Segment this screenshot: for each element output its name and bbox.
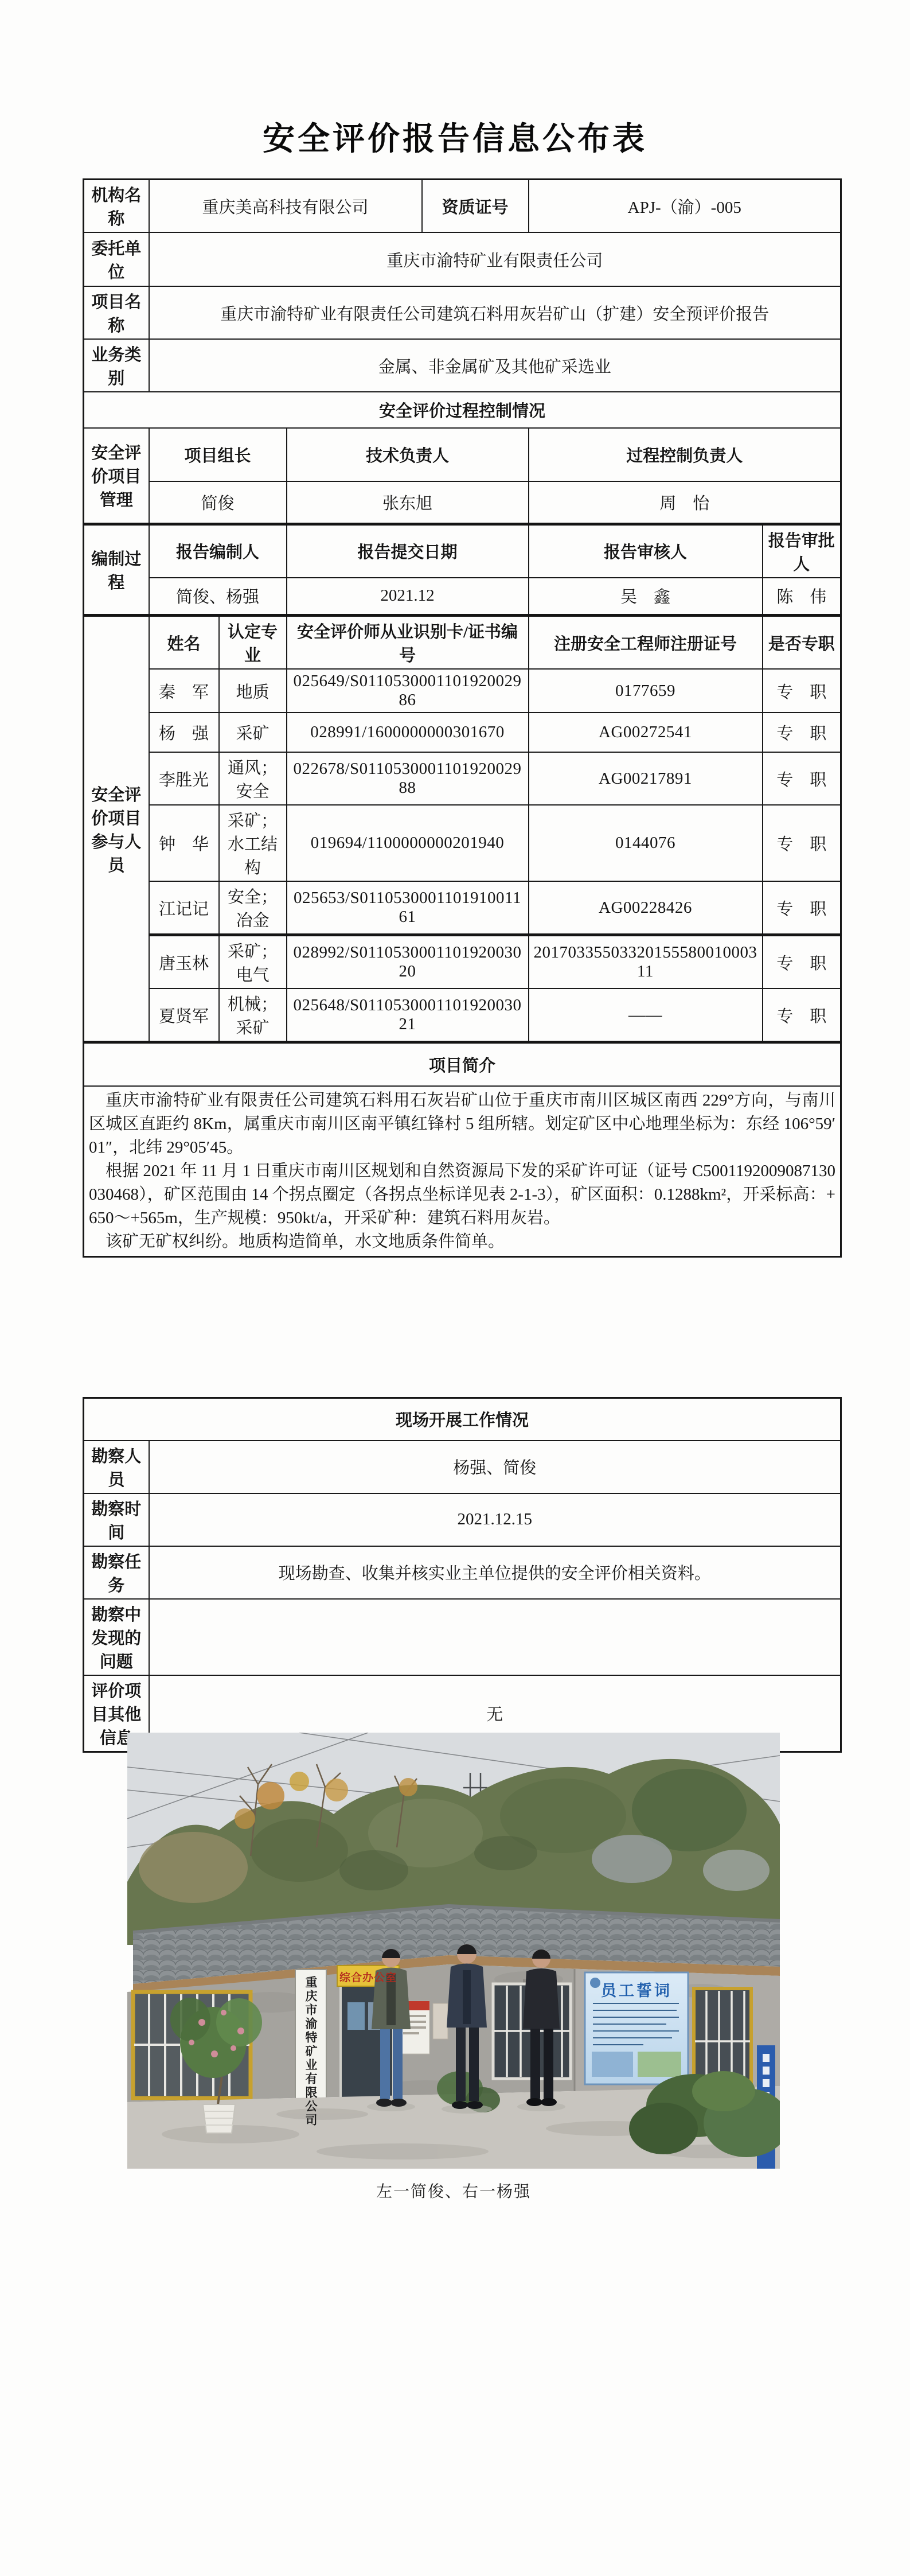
- row-process-header: 安全评价过程控制情况: [84, 392, 841, 428]
- cert-no-label: 资质证号: [422, 180, 529, 233]
- document-page: 安全评价报告信息公布表 机构名称 重庆美高科技有限公司 资质证号 APJ-（渝）…: [0, 0, 910, 2576]
- tech-value: 张东旭: [287, 481, 529, 524]
- member-major: 采矿；电气: [219, 935, 287, 989]
- member-reg: ——: [529, 989, 763, 1042]
- member-row: 杨 强 采矿 028991/1600000000301670 AG0027254…: [84, 713, 841, 752]
- row-mgmt-header: 安全评价项目管理 项目组长 技术负责人 过程控制负责人: [84, 428, 841, 481]
- company-sign-text: 重庆市渝特矿业有限公司: [296, 1974, 326, 2130]
- member-fulltime: 专 职: [763, 989, 841, 1042]
- member-fulltime: 专 职: [763, 935, 841, 989]
- approver-value: 陈 伟: [763, 578, 841, 616]
- member-name: 秦 军: [149, 669, 219, 713]
- team-label: 安全评价项目参与人员: [84, 616, 149, 1042]
- site-work-header: 现场开展工作情况: [84, 1398, 841, 1441]
- client-label: 委托单位: [84, 232, 149, 286]
- project-name-value: 重庆市渝特矿业有限责任公司建筑石料用灰岩矿山（扩建）安全预评价报告: [149, 286, 841, 339]
- survey-time-value: 2021.12.15: [149, 1493, 841, 1546]
- control-value: 周 怡: [529, 481, 841, 524]
- leader-value: 简俊: [149, 481, 287, 524]
- brief-paragraph-1: 重庆市渝特矿业有限责任公司建筑石料用石灰岩矿山位于重庆市南川区城区南西 229°…: [89, 1089, 835, 1159]
- member-name: 杨 强: [149, 713, 219, 752]
- row-survey-issues: 勘察中发现的问题: [84, 1599, 841, 1675]
- writer-value: 简俊、杨强: [149, 578, 287, 616]
- member-fulltime: 专 职: [763, 713, 841, 752]
- business-type-label: 业务类别: [84, 339, 149, 392]
- reviewer-value: 吴 鑫: [529, 578, 763, 616]
- member-major: 采矿: [219, 713, 287, 752]
- survey-staff-value: 杨强、简俊: [149, 1441, 841, 1493]
- member-reg: 0144076: [529, 805, 763, 881]
- member-reg: AG00228426: [529, 881, 763, 935]
- brief-paragraph-3: 该矿无矿权纠纷。地质构造简单，水文地质条件简单。: [89, 1230, 835, 1254]
- door-poster: [347, 2002, 365, 2030]
- org-name-label: 机构名称: [84, 180, 149, 233]
- tech-label: 技术负责人: [287, 428, 529, 481]
- report-info-table: 机构名称 重庆美高科技有限公司 资质证号 APJ-（渝）-005 委托单位 重庆…: [83, 178, 842, 1258]
- member-major: 安全；冶金: [219, 881, 287, 935]
- compile-label: 编制过程: [84, 524, 149, 616]
- row-brief-header: 项目简介: [84, 1042, 841, 1086]
- member-row: 李胜光 通风；安全 022678/S011053000110192002988 …: [84, 752, 841, 805]
- mgmt-label: 安全评价项目管理: [84, 428, 149, 524]
- member-major: 通风；安全: [219, 752, 287, 805]
- client-value: 重庆市渝特矿业有限责任公司: [149, 232, 841, 286]
- survey-task-label: 勘察任务: [84, 1546, 149, 1599]
- brief-header: 项目简介: [84, 1042, 841, 1086]
- member-card: 025653/S011053000110191001161: [287, 881, 529, 935]
- control-label: 过程控制负责人: [529, 428, 841, 481]
- member-reg: 2017033550332015558001000311: [529, 935, 763, 989]
- row-survey-task: 勘察任务 现场勘查、收集并核实业主单位提供的安全评价相关资料。: [84, 1546, 841, 1599]
- member-fulltime: 专 职: [763, 805, 841, 881]
- member-name: 李胜光: [149, 752, 219, 805]
- row-survey-time: 勘察时间 2021.12.15: [84, 1493, 841, 1546]
- row-brief-body: 重庆市渝特矿业有限责任公司建筑石料用石灰岩矿山位于重庆市南川区城区南西 229°…: [84, 1086, 841, 1257]
- cert-no-value: APJ-（渝）-005: [529, 180, 841, 233]
- writer-label: 报告编制人: [149, 524, 287, 578]
- leader-label: 项目组长: [149, 428, 287, 481]
- member-row: 夏贤军 机械；采矿 025648/S011053000110192003021 …: [84, 989, 841, 1042]
- member-row: 江记记 安全；冶金 025653/S011053000110191001161 …: [84, 881, 841, 935]
- member-name: 钟 华: [149, 805, 219, 881]
- member-major: 机械；采矿: [219, 989, 287, 1042]
- org-name-value: 重庆美高科技有限公司: [149, 180, 422, 233]
- row-mgmt-values: 简俊 张东旭 周 怡: [84, 481, 841, 524]
- process-control-header: 安全评价过程控制情况: [84, 392, 841, 428]
- fulltime-col-label: 是否专职: [763, 616, 841, 670]
- row-compile-header: 编制过程 报告编制人 报告提交日期 报告审核人 报告审批人: [84, 524, 841, 578]
- project-name-label: 项目名称: [84, 286, 149, 339]
- page-title: 安全评价报告信息公布表: [0, 114, 910, 159]
- member-card: 019694/1100000000201940: [287, 805, 529, 881]
- member-reg: AG00272541: [529, 713, 763, 752]
- reg-col-label: 注册安全工程师注册证号: [529, 616, 763, 670]
- date-label: 报告提交日期: [287, 524, 529, 578]
- approver-label: 报告审批人: [763, 524, 841, 578]
- row-survey-staff: 勘察人员 杨强、简俊: [84, 1441, 841, 1493]
- survey-task-value: 现场勘查、收集并核实业主单位提供的安全评价相关资料。: [149, 1546, 841, 1599]
- row-client: 委托单位 重庆市渝特矿业有限责任公司: [84, 232, 841, 286]
- office-sign-text: 综合办公室: [337, 1967, 399, 1986]
- name-col-label: 姓名: [149, 616, 219, 670]
- business-type-value: 金属、非金属矿及其他矿采选业: [149, 339, 841, 392]
- reviewer-label: 报告审核人: [529, 524, 763, 578]
- site-photo: 重庆市渝特矿业有限公司 综合办公室 员工誓词: [127, 1733, 780, 2169]
- member-row: 秦 军 地质 025649/S011053000110192002986 017…: [84, 669, 841, 713]
- member-fulltime: 专 职: [763, 669, 841, 713]
- site-photo-scene: [127, 1733, 780, 2169]
- row-project: 项目名称 重庆市渝特矿业有限责任公司建筑石料用灰岩矿山（扩建）安全预评价报告: [84, 286, 841, 339]
- member-name: 唐玉林: [149, 935, 219, 989]
- survey-staff-label: 勘察人员: [84, 1441, 149, 1493]
- member-fulltime: 专 职: [763, 752, 841, 805]
- banner-title-text: 员工誓词: [585, 1978, 688, 2001]
- member-card: 022678/S011053000110192002988: [287, 752, 529, 805]
- survey-issues-value: [149, 1599, 841, 1675]
- member-card: 025649/S011053000110192002986: [287, 669, 529, 713]
- date-value: 2021.12: [287, 578, 529, 616]
- member-card: 028992/S011053000110192003020: [287, 935, 529, 989]
- survey-time-label: 勘察时间: [84, 1493, 149, 1546]
- row-compile-values: 简俊、杨强 2021.12 吴 鑫 陈 伟: [84, 578, 841, 616]
- member-fulltime: 专 职: [763, 881, 841, 935]
- row-site-header: 现场开展工作情况: [84, 1398, 841, 1441]
- site-work-table: 现场开展工作情况 勘察人员 杨强、简俊 勘察时间 2021.12.15 勘察任务…: [83, 1397, 842, 1753]
- member-card: 025648/S011053000110192003021: [287, 989, 529, 1042]
- row-org: 机构名称 重庆美高科技有限公司 资质证号 APJ-（渝）-005: [84, 180, 841, 233]
- member-row: 唐玉林 采矿；电气 028992/S011053000110192003020 …: [84, 935, 841, 989]
- member-name: 江记记: [149, 881, 219, 935]
- member-reg: AG00217891: [529, 752, 763, 805]
- major-col-label: 认定专业: [219, 616, 287, 670]
- member-row: 钟 华 采矿；水工结构 019694/1100000000201940 0144…: [84, 805, 841, 881]
- member-reg: 0177659: [529, 669, 763, 713]
- photo-caption: 左一简俊、右一杨强: [127, 2179, 780, 2202]
- row-team-header: 安全评价项目参与人员 姓名 认定专业 安全评价师从业识别卡/证书编号 注册安全工…: [84, 616, 841, 670]
- row-business: 业务类别 金属、非金属矿及其他矿采选业: [84, 339, 841, 392]
- member-major: 地质: [219, 669, 287, 713]
- member-name: 夏贤军: [149, 989, 219, 1042]
- card-col-label: 安全评价师从业识别卡/证书编号: [287, 616, 529, 670]
- brief-body: 重庆市渝特矿业有限责任公司建筑石料用石灰岩矿山位于重庆市南川区城区南西 229°…: [84, 1086, 841, 1257]
- member-major: 采矿；水工结构: [219, 805, 287, 881]
- brief-paragraph-2: 根据 2021 年 11 月 1 日重庆市南川区规划和自然资源局下发的采矿许可证…: [89, 1159, 835, 1230]
- survey-issues-label: 勘察中发现的问题: [84, 1599, 149, 1675]
- member-card: 028991/1600000000301670: [287, 713, 529, 752]
